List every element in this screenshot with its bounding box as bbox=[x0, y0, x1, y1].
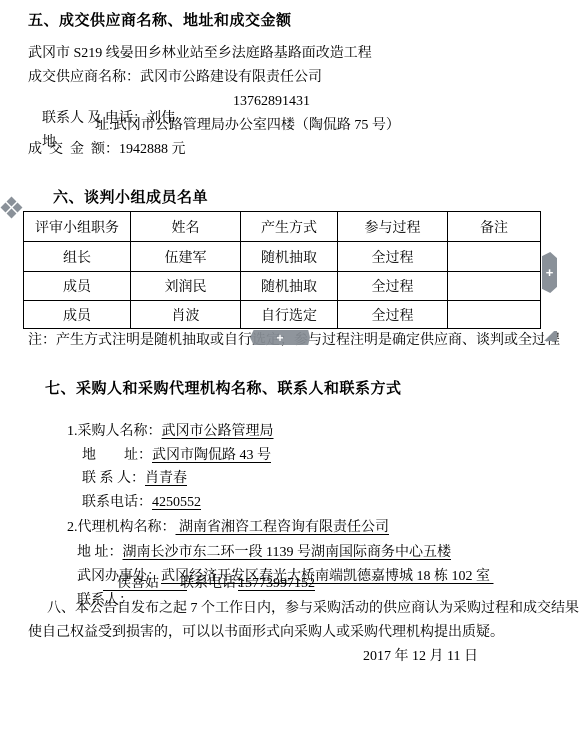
add-column-button[interactable]: + bbox=[542, 252, 557, 293]
plus-icon: + bbox=[276, 332, 283, 344]
cell-remark[interactable] bbox=[448, 242, 541, 272]
agency-phone-value: 15773997152 bbox=[238, 575, 315, 592]
add-row-button[interactable]: + bbox=[250, 330, 310, 345]
table-move-icon[interactable] bbox=[2, 198, 21, 217]
cell-name[interactable]: 伍建军 bbox=[131, 242, 241, 272]
supplier-name: 成交供应商名称：武冈市公路建设有限责任公司 bbox=[28, 69, 322, 86]
table-resize-handle-icon[interactable] bbox=[544, 331, 557, 341]
cell-role[interactable]: 成员 bbox=[24, 301, 131, 329]
cell-process[interactable]: 全过程 bbox=[338, 301, 448, 329]
cell-name[interactable]: 刘润民 bbox=[131, 272, 241, 301]
project-name: 武冈市 S219 线晏田乡林业站至乡法庭路基路面改造工程 bbox=[28, 45, 372, 62]
cell-method[interactable]: 自行选定 bbox=[241, 301, 338, 329]
agency-contact-value: 侯喜姑 bbox=[103, 575, 187, 592]
table-header-row: 评审小组职务 姓名 产生方式 参与过程 备注 bbox=[24, 212, 541, 242]
document-page: 五、成交供应商名称、地址和成交金额 武冈市 S219 线晏田乡林业站至乡法庭路基… bbox=[0, 0, 581, 755]
section8-paragraph-line1: 八、本公告自发布之起 7 个工作日内，参与采购活动的供应商认为采购过程和成交结果 bbox=[47, 600, 579, 617]
plus-icon: + bbox=[546, 266, 554, 279]
supplier-contact-phone: 13762891431 bbox=[233, 93, 310, 110]
cell-remark[interactable] bbox=[448, 301, 541, 329]
deal-amount: 成 交 金 额：1942888 元 bbox=[28, 141, 186, 158]
table-row: 成员 刘润民 随机抽取 全过程 bbox=[24, 272, 541, 301]
announcement-date: 2017 年 12 月 11 日 bbox=[363, 648, 478, 665]
section7-heading: 七、采购人和采购代理机构名称、联系人和联系方式 bbox=[45, 381, 402, 398]
section6-heading: 六、谈判小组成员名单 bbox=[53, 190, 208, 207]
section5-heading: 五、成交供应商名称、地址和成交金额 bbox=[28, 13, 292, 30]
header-remark: 备注 bbox=[448, 212, 541, 242]
cell-role[interactable]: 成员 bbox=[24, 272, 131, 301]
cell-remark[interactable] bbox=[448, 272, 541, 301]
supplier-address-value: 址:武冈市公路管理局办公室四楼（陶侃路 75 号） bbox=[95, 117, 400, 134]
cell-name[interactable]: 肖波 bbox=[131, 301, 241, 329]
header-process: 参与过程 bbox=[338, 212, 448, 242]
cell-method[interactable]: 随机抽取 bbox=[241, 272, 338, 301]
negotiation-team-table: 评审小组职务 姓名 产生方式 参与过程 备注 组长 伍建军 随机抽取 全过程 成… bbox=[23, 211, 541, 329]
table-row: 成员 肖波 自行选定 全过程 bbox=[24, 301, 541, 329]
cell-process[interactable]: 全过程 bbox=[338, 242, 448, 272]
header-role: 评审小组职务 bbox=[24, 212, 131, 242]
cell-process[interactable]: 全过程 bbox=[338, 272, 448, 301]
header-method: 产生方式 bbox=[241, 212, 338, 242]
cell-method[interactable]: 随机抽取 bbox=[241, 242, 338, 272]
table-row: 组长 伍建军 随机抽取 全过程 bbox=[24, 242, 541, 272]
cell-role[interactable]: 组长 bbox=[24, 242, 131, 272]
section8-paragraph-line2: 使自己权益受到损害的，可以以书面形式向采购人或采购代理机构提出质疑。 bbox=[28, 624, 504, 641]
header-name: 姓名 bbox=[131, 212, 241, 242]
